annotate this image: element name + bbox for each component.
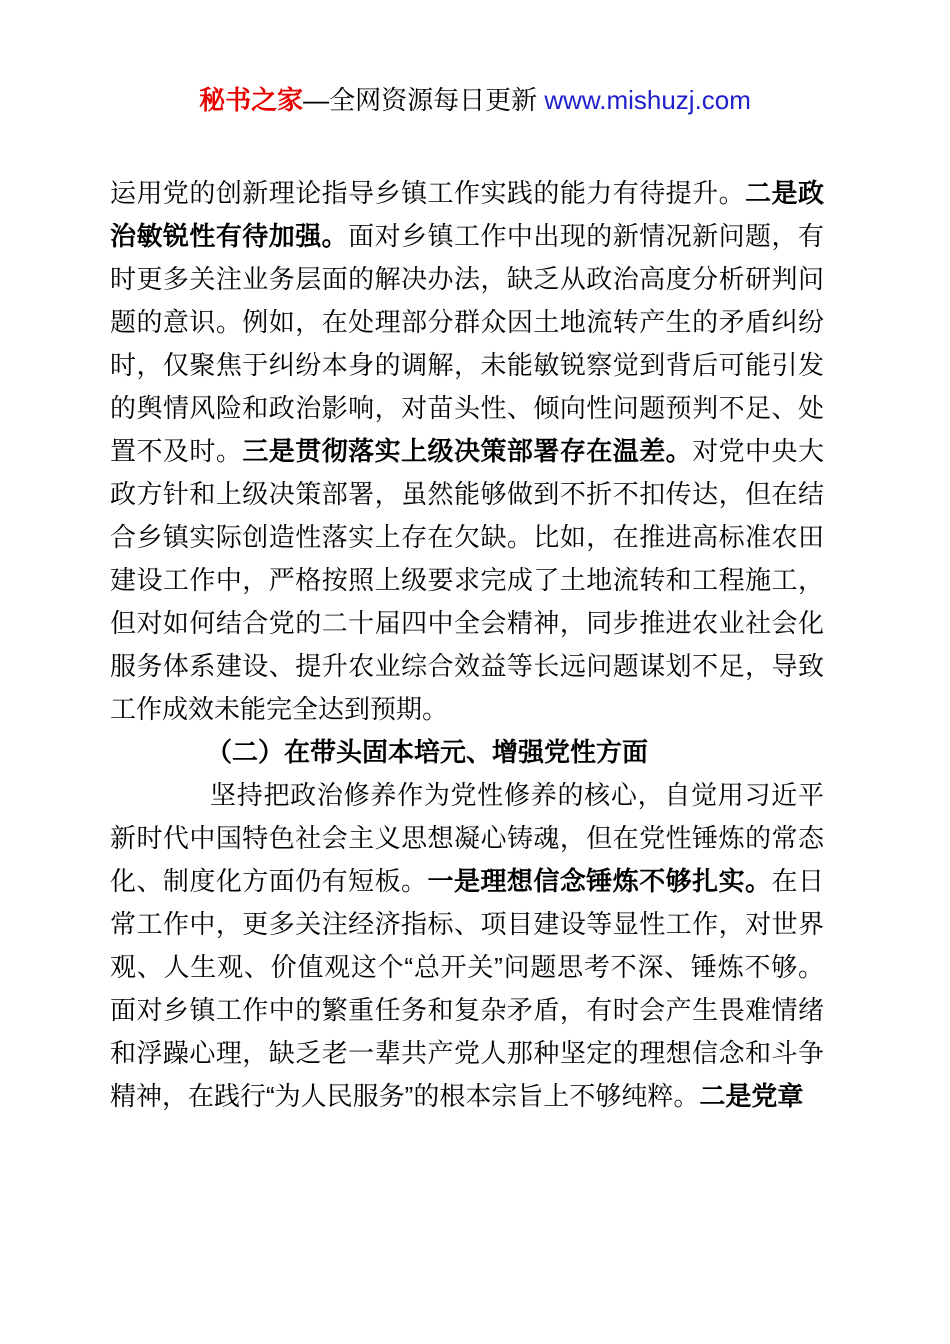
document-body: 运用党的创新理论指导乡镇工作实践的能力有待提升。二是政治敏锐性有待加强。面对乡镇… [110, 172, 824, 1118]
para-party-point1-body: 在日常工作中，更多关注经济指标、项目建设等显性工作，对世界观、人生观、价值观这个… [110, 866, 824, 1111]
section-heading-2: （二）在带头固本培元、增强党性方面 [110, 731, 824, 774]
bold-point3-title: 三是贯彻落实上级决策部署存在温差。 [242, 436, 692, 466]
bold-point2-title-partial: 二是党章 [699, 1081, 803, 1111]
page-header: 秘书之家—全网资源每日更新 www.mishuzj.com [0, 84, 950, 116]
paragraph-party-spirit: 坚持把政治修养作为党性修养的核心，自觉用习近平新时代中国特色社会主义思想凝心铸魂… [110, 774, 824, 1118]
document-page: 秘书之家—全网资源每日更新 www.mishuzj.com 运用党的创新理论指导… [0, 0, 950, 1344]
para-political-point3-body: 对党中央大政方针和上级决策部署，虽然能够做到不折不扣传达，但在结合乡镇实际创造性… [110, 436, 824, 724]
para-political-lead: 运用党的创新理论指导乡镇工作实践的能力有待提升。 [110, 178, 745, 208]
site-tagline: —全网资源每日更新 [303, 85, 544, 115]
para-political-point2-body: 面对乡镇工作中出现的新情况新问题，有时更多关注业务层面的解决办法，缺乏从政治高度… [110, 221, 824, 466]
site-brand: 秘书之家 [199, 85, 303, 115]
bold-point1-title: 一是理想信念锤炼不够扎实。 [428, 866, 772, 896]
site-url-link[interactable]: www.mishuzj.com [544, 85, 751, 115]
paragraph-political-shortcomings: 运用党的创新理论指导乡镇工作实践的能力有待提升。二是政治敏锐性有待加强。面对乡镇… [110, 172, 824, 731]
